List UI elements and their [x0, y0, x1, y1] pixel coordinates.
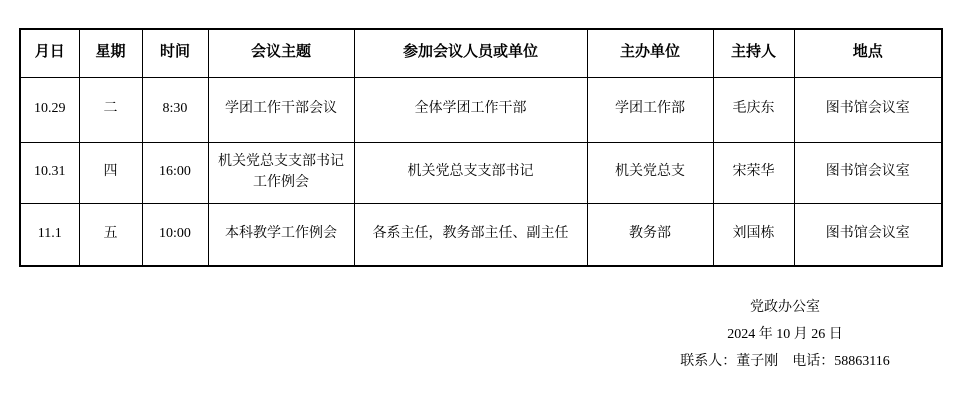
header-organizer: 主办单位: [587, 29, 713, 77]
table-header-row: 月日 星期 时间 会议主题 参加会议人员或单位 主办单位 主持人 地点: [20, 29, 942, 77]
cell-topic: 本科教学工作例会: [208, 203, 354, 266]
issue-date: 2024 年 10 月 26 日: [600, 321, 970, 348]
cell-participants: 机关党总支支部书记: [354, 142, 587, 203]
cell-topic: 学团工作干部会议: [208, 77, 354, 142]
signature-block: 党政办公室 2024 年 10 月 26 日 联系人：董子刚 电话：588631…: [600, 294, 970, 375]
header-host: 主持人: [713, 29, 794, 77]
meeting-schedule-page: 月日 星期 时间 会议主题 参加会议人员或单位 主办单位 主持人 地点 10.2…: [0, 0, 970, 393]
contact-info: 联系人：董子刚 电话：58863116: [600, 348, 970, 375]
cell-host: 刘国栋: [713, 203, 794, 266]
cell-time: 8:30: [142, 77, 208, 142]
cell-date: 10.31: [20, 142, 79, 203]
cell-topic: 机关党总支支部书记工作例会: [208, 142, 354, 203]
header-month-day: 月日: [20, 29, 79, 77]
cell-date: 11.1: [20, 203, 79, 266]
issuing-office: 党政办公室: [600, 294, 970, 321]
cell-participants: 全体学团工作干部: [354, 77, 587, 142]
cell-host: 毛庆东: [713, 77, 794, 142]
header-location: 地点: [794, 29, 942, 77]
cell-location: 图书馆会议室: [794, 77, 942, 142]
cell-time: 16:00: [142, 142, 208, 203]
header-topic: 会议主题: [208, 29, 354, 77]
header-participants: 参加会议人员或单位: [354, 29, 587, 77]
table-row: 10.29 二 8:30 学团工作干部会议 全体学团工作干部 学团工作部 毛庆东…: [20, 77, 942, 142]
header-time: 时间: [142, 29, 208, 77]
cell-weekday: 二: [79, 77, 142, 142]
meeting-schedule-table: 月日 星期 时间 会议主题 参加会议人员或单位 主办单位 主持人 地点 10.2…: [19, 28, 943, 267]
cell-weekday: 四: [79, 142, 142, 203]
cell-organizer: 教务部: [587, 203, 713, 266]
cell-organizer: 机关党总支: [587, 142, 713, 203]
cell-organizer: 学团工作部: [587, 77, 713, 142]
table-row: 10.31 四 16:00 机关党总支支部书记工作例会 机关党总支支部书记 机关…: [20, 142, 942, 203]
cell-time: 10:00: [142, 203, 208, 266]
header-weekday: 星期: [79, 29, 142, 77]
cell-location: 图书馆会议室: [794, 203, 942, 266]
cell-participants: 各系主任，教务部主任、副主任: [354, 203, 587, 266]
table-row: 11.1 五 10:00 本科教学工作例会 各系主任，教务部主任、副主任 教务部…: [20, 203, 942, 266]
cell-date: 10.29: [20, 77, 79, 142]
cell-weekday: 五: [79, 203, 142, 266]
cell-host: 宋荣华: [713, 142, 794, 203]
cell-location: 图书馆会议室: [794, 142, 942, 203]
